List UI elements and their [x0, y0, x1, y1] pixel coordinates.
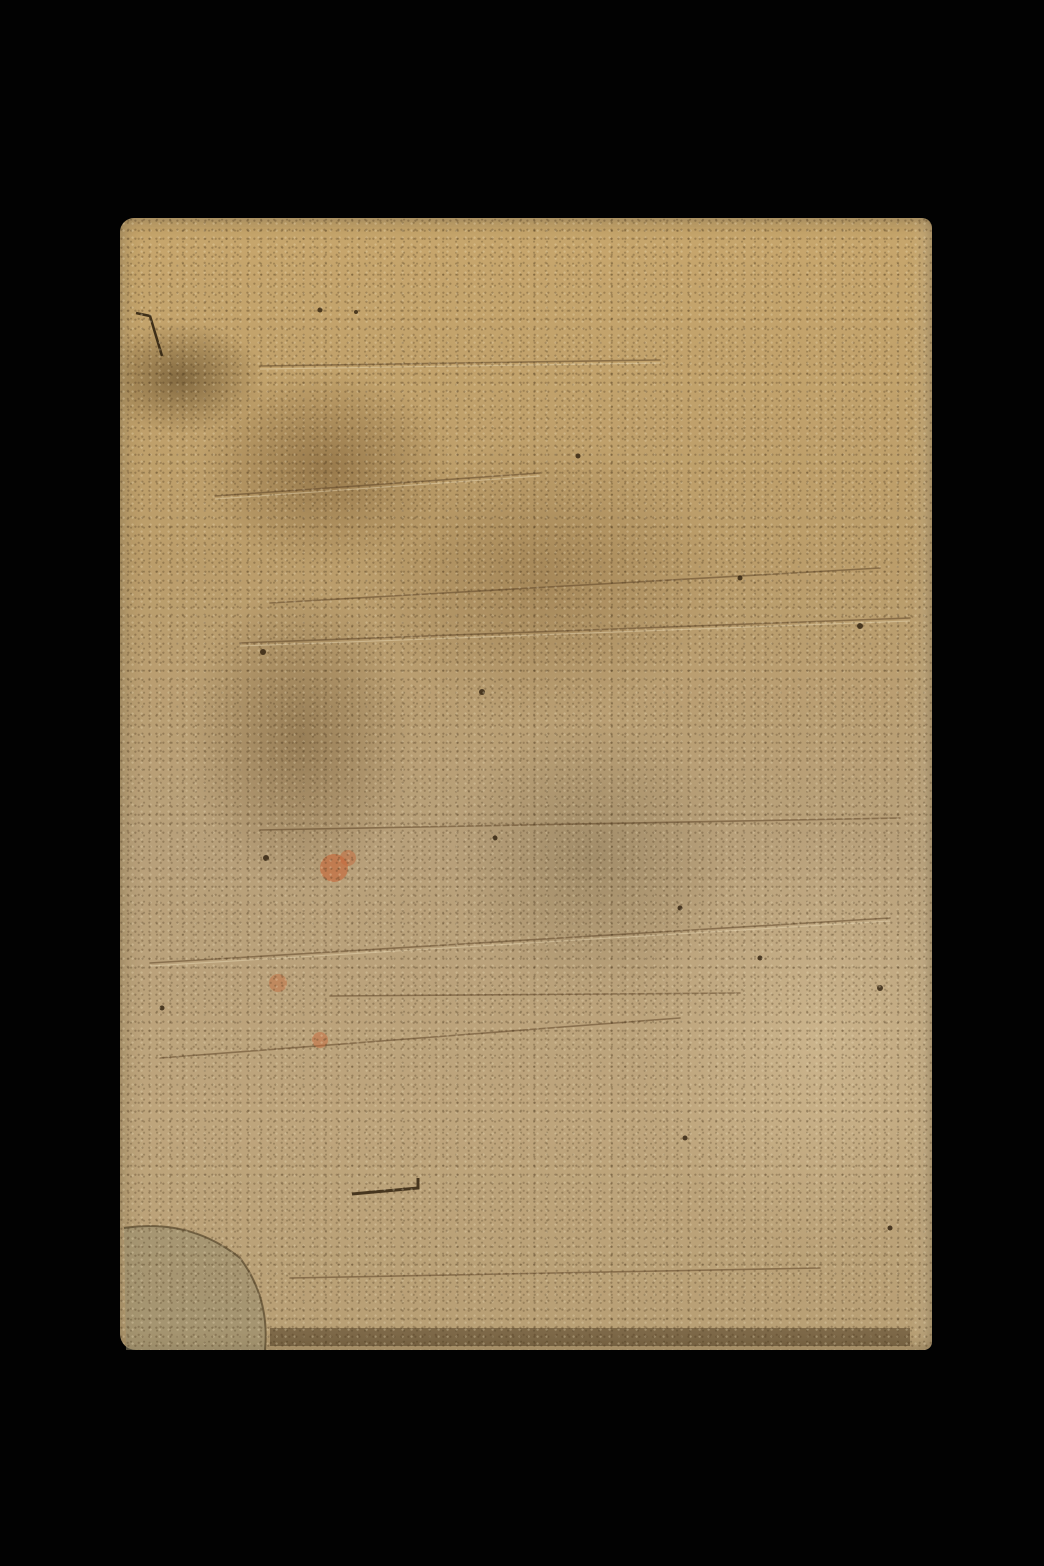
photo-background — [0, 0, 1044, 1566]
clay-tablet — [120, 218, 932, 1350]
tablet-surface-features — [120, 218, 932, 1350]
